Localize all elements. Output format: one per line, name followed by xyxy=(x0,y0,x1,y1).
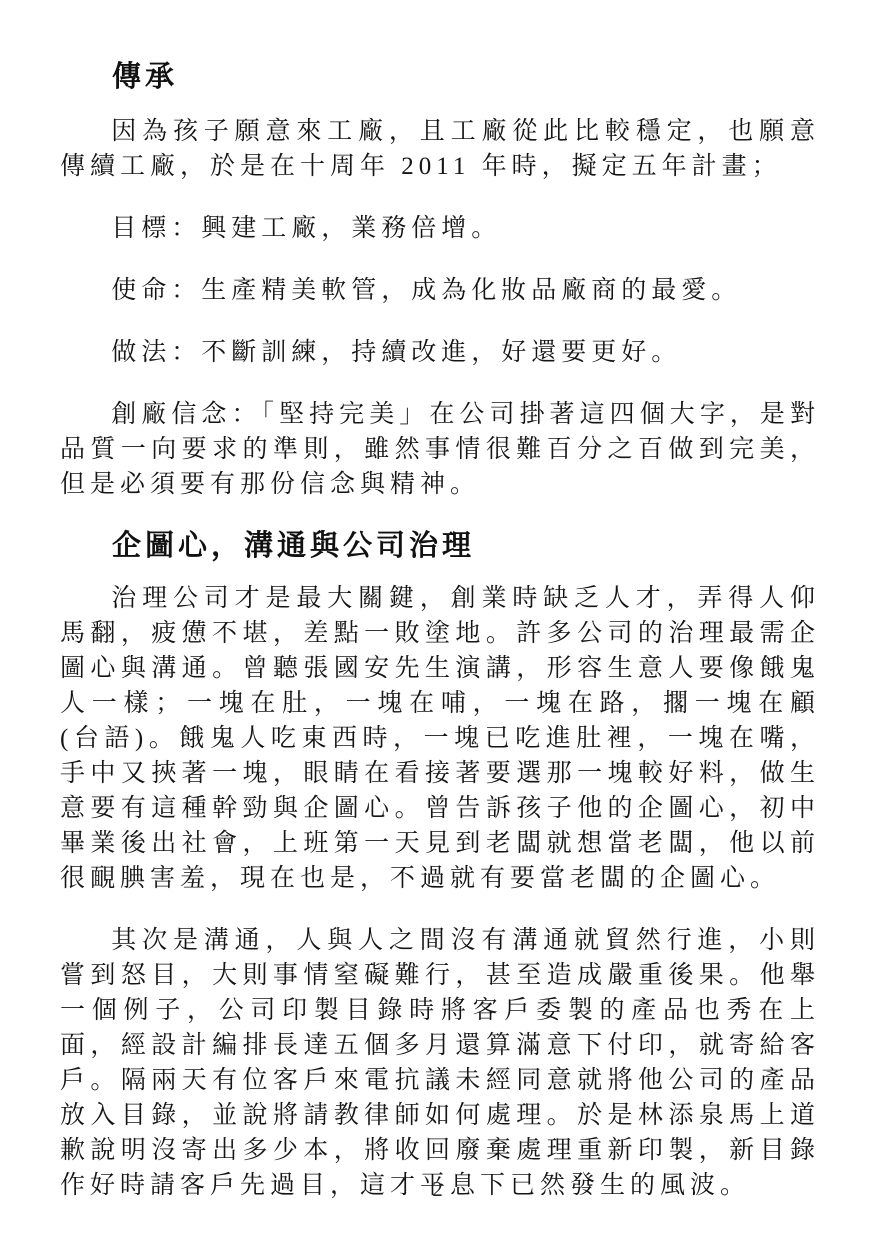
document-page: 傳承 因為孩子願意來工廠，且工廠從此比較穩定，也願意傳續工廠，於是在十周年 20… xyxy=(0,0,875,1240)
section-heading-legacy: 傳承 xyxy=(112,60,820,94)
paragraph-communication-example: 其次是溝通，人與人之間沒有溝通就貿然行進，小則嘗到怒目，大則事情窒礙難行，甚至造… xyxy=(60,923,820,1203)
paragraph-founding-belief: 創廠信念：「堅持完美」在公司掛著這四個大字，是對品質一向要求的準則，雖然事情很難… xyxy=(60,397,820,502)
page-number: 2 xyxy=(0,1177,875,1202)
goal-line: 目標：興建工廠，業務倍增。 xyxy=(60,211,820,246)
method-line: 做法：不斷訓練，持續改進，好還要更好。 xyxy=(60,335,820,370)
paragraph-governance-ambition: 治理公司才是最大關鍵，創業時缺乏人才，弄得人仰馬翻，疲憊不堪，差點一敗塗地。許多… xyxy=(60,581,820,896)
section-heading-ambition-communication-governance: 企圖心，溝通與公司治理 xyxy=(112,529,820,563)
paragraph-legacy-intro: 因為孩子願意來工廠，且工廠從此比較穩定，也願意傳續工廠，於是在十周年 2011 … xyxy=(60,114,820,184)
mission-line: 使命：生產精美軟管，成為化妝品廠商的最愛。 xyxy=(60,273,820,308)
